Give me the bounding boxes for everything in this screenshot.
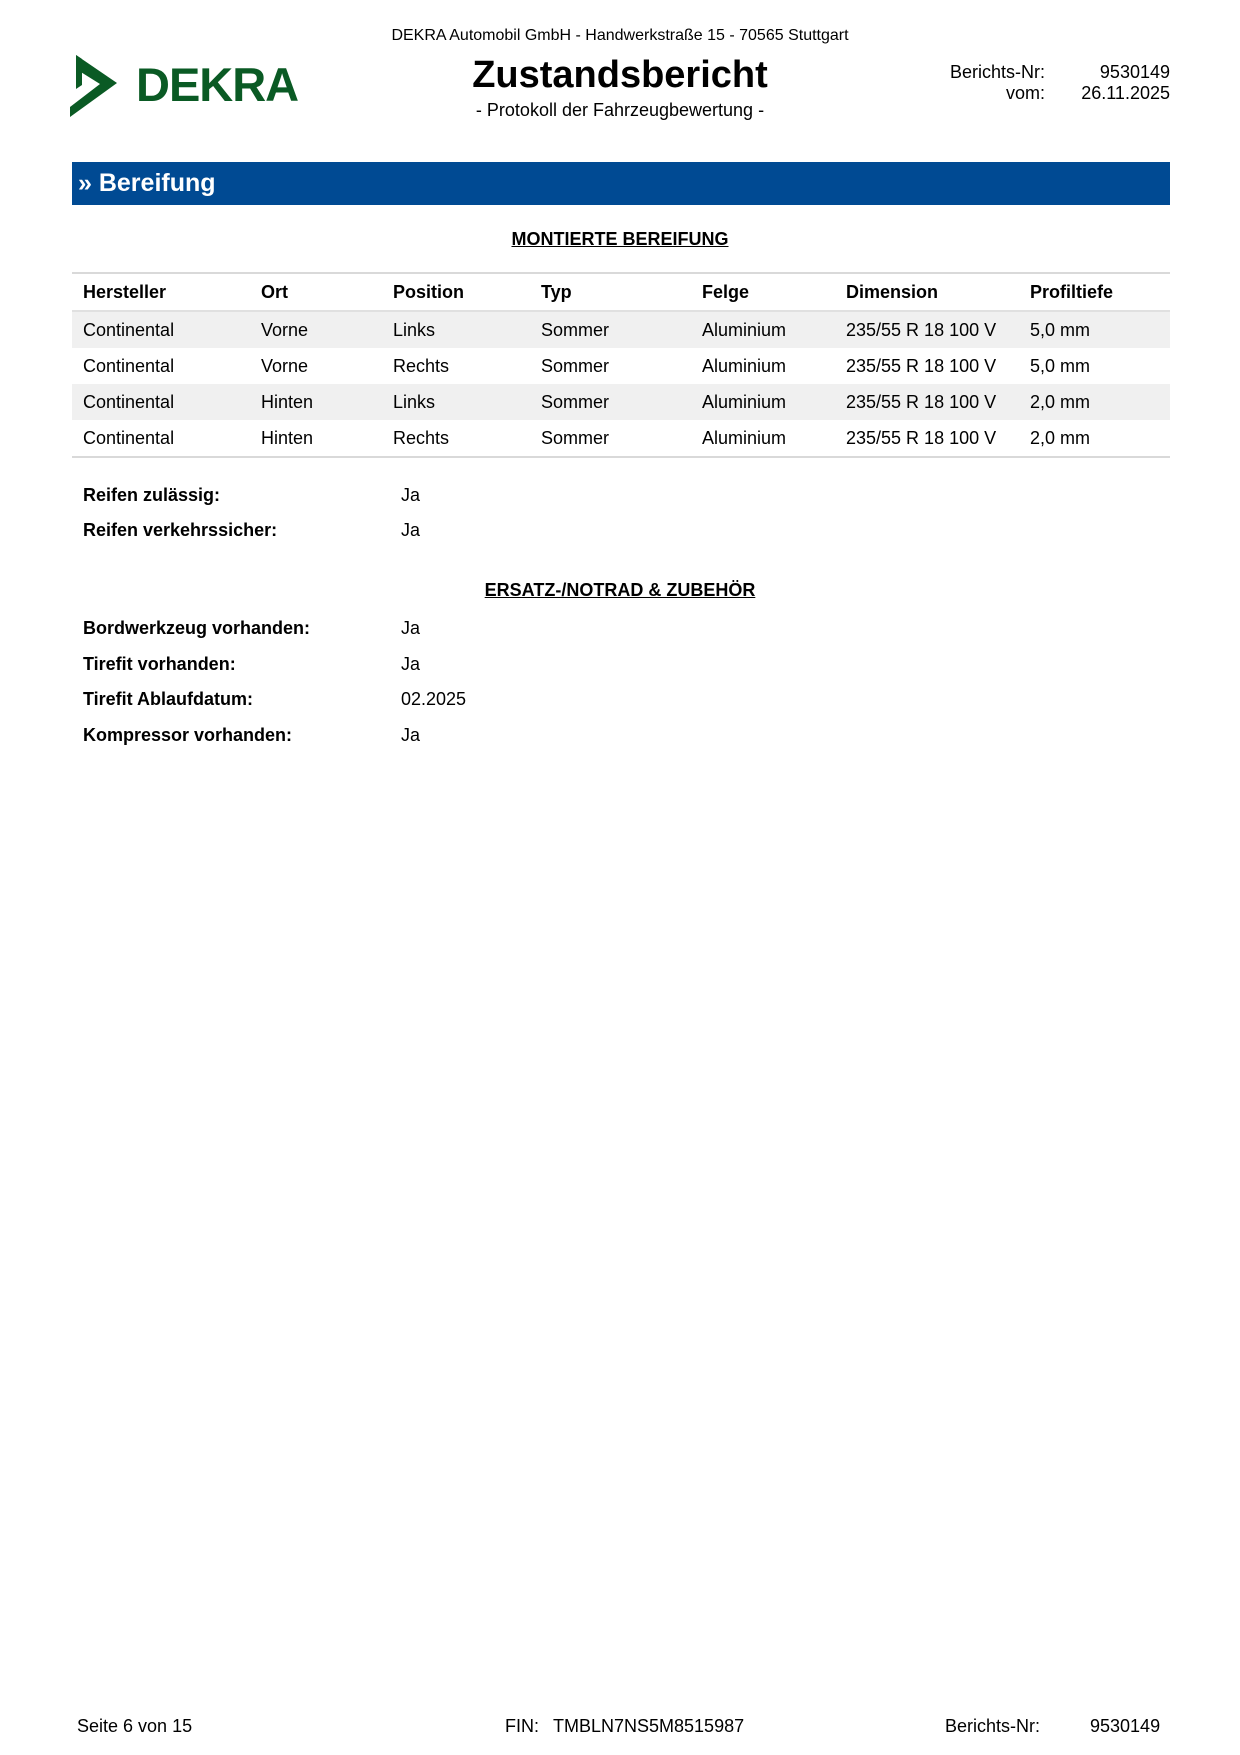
table-cell: 235/55 R 18 100 V <box>846 420 1030 457</box>
field-label: Bordwerkzeug vorhanden: <box>83 618 401 642</box>
table-cell: Aluminium <box>702 384 846 420</box>
field-value: Ja <box>401 725 683 749</box>
column-header: Position <box>393 273 541 311</box>
mounted-tires-table: Hersteller Ort Position Typ Felge Dimens… <box>72 272 1170 458</box>
report-date: 26.11.2025 <box>1045 83 1170 104</box>
table-cell: Rechts <box>393 348 541 384</box>
field-label: Kompressor vorhanden: <box>83 725 401 749</box>
company-address: DEKRA Automobil GmbH - Handwerkstraße 15… <box>0 27 1240 45</box>
report-meta: Berichts-Nr: 9530149 vom: 26.11.2025 <box>930 62 1170 104</box>
table-cell: Continental <box>72 384 261 420</box>
table-header-row: Hersteller Ort Position Typ Felge Dimens… <box>72 273 1170 311</box>
column-header: Dimension <box>846 273 1030 311</box>
table-cell: Links <box>393 311 541 348</box>
field-value: Ja <box>401 520 683 544</box>
fin-label: FIN: <box>505 1716 539 1737</box>
mounted-tires-heading: MONTIERTE BEREIFUNG <box>0 229 1240 250</box>
page-number: Seite 6 von 15 <box>77 1716 192 1737</box>
date-label: vom: <box>930 83 1045 104</box>
tirefit-row: Tirefit vorhanden: Ja <box>83 654 683 678</box>
toolkit-row: Bordwerkzeug vorhanden: Ja <box>83 618 683 642</box>
field-value: Ja <box>401 654 683 678</box>
tire-permitted-row: Reifen zulässig: Ja <box>83 485 683 509</box>
column-header: Hersteller <box>72 273 261 311</box>
field-value: Ja <box>401 618 683 642</box>
table-cell: Vorne <box>261 348 393 384</box>
field-label: Tirefit Ablaufdatum: <box>83 689 401 713</box>
field-label: Reifen verkehrssicher: <box>83 520 401 544</box>
table-cell: Aluminium <box>702 311 846 348</box>
spare-accessories-heading: ERSATZ-/NOTRAD & ZUBEHÖR <box>0 580 1240 601</box>
column-header: Felge <box>702 273 846 311</box>
table-cell: 235/55 R 18 100 V <box>846 311 1030 348</box>
table-row: ContinentalHintenRechtsSommerAluminium23… <box>72 420 1170 457</box>
table-cell: Sommer <box>541 311 702 348</box>
table-cell: Sommer <box>541 384 702 420</box>
table-cell: Hinten <box>261 384 393 420</box>
table-cell: Continental <box>72 311 261 348</box>
field-label: Tirefit vorhanden: <box>83 654 401 678</box>
field-label: Reifen zulässig: <box>83 485 401 509</box>
table-cell: Aluminium <box>702 348 846 384</box>
table-cell: Sommer <box>541 348 702 384</box>
table-cell: 5,0 mm <box>1030 348 1170 384</box>
report-no-label: Berichts-Nr: <box>930 62 1045 83</box>
table-cell: 235/55 R 18 100 V <box>846 384 1030 420</box>
table-cell: Vorne <box>261 311 393 348</box>
field-value: Ja <box>401 485 683 509</box>
tirefit-expiry-row: Tirefit Ablaufdatum: 02.2025 <box>83 689 683 713</box>
footer-report-no: 9530149 <box>1090 1716 1160 1737</box>
table-cell: 5,0 mm <box>1030 311 1170 348</box>
table-row: ContinentalVorneRechtsSommerAluminium235… <box>72 348 1170 384</box>
table-row: ContinentalHintenLinksSommerAluminium235… <box>72 384 1170 420</box>
column-header: Ort <box>261 273 393 311</box>
table-cell: 235/55 R 18 100 V <box>846 348 1030 384</box>
column-header: Typ <box>541 273 702 311</box>
table-cell: 2,0 mm <box>1030 420 1170 457</box>
report-no: 9530149 <box>1045 62 1170 83</box>
table-cell: Rechts <box>393 420 541 457</box>
table-cell: 2,0 mm <box>1030 384 1170 420</box>
tire-roadworthy-row: Reifen verkehrssicher: Ja <box>83 520 683 544</box>
section-header-bereifung: » Bereifung <box>72 162 1170 205</box>
table-cell: Links <box>393 384 541 420</box>
table-cell: Continental <box>72 348 261 384</box>
table-row: ContinentalVorneLinksSommerAluminium235/… <box>72 311 1170 348</box>
field-value: 02.2025 <box>401 689 683 713</box>
table-cell: Sommer <box>541 420 702 457</box>
column-header: Profiltiefe <box>1030 273 1170 311</box>
table-cell: Hinten <box>261 420 393 457</box>
table-cell: Continental <box>72 420 261 457</box>
compressor-row: Kompressor vorhanden: Ja <box>83 725 683 749</box>
table-cell: Aluminium <box>702 420 846 457</box>
fin-value: TMBLN7NS5M8515987 <box>553 1716 744 1737</box>
footer-report-no-label: Berichts-Nr: <box>945 1716 1040 1737</box>
